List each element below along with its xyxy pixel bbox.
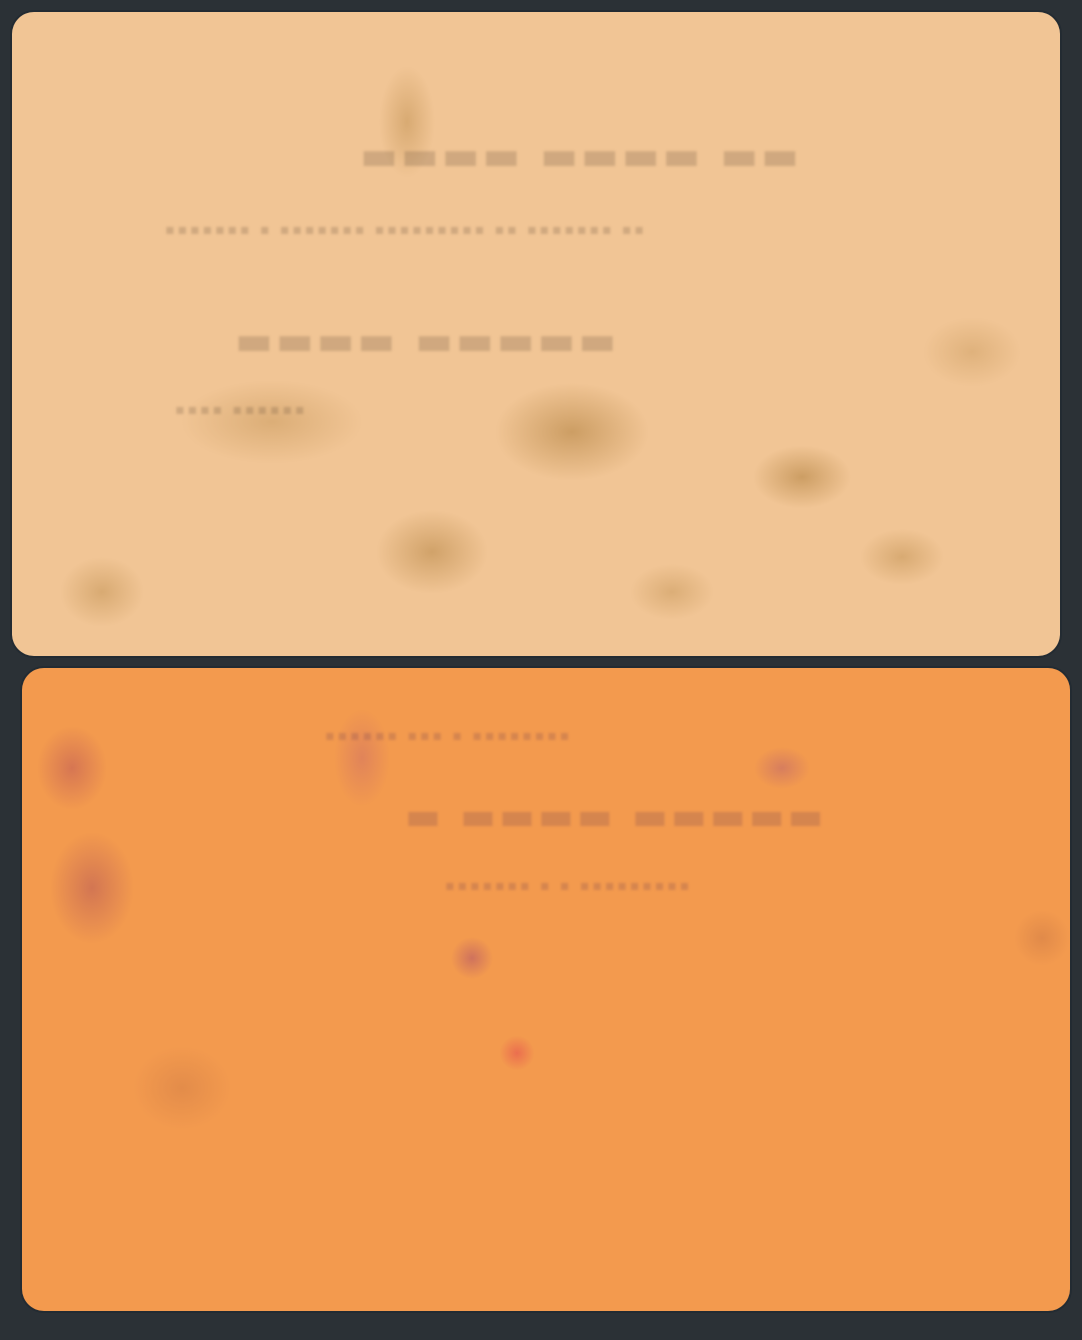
bleed-through-title: ▬▬ ▬▬▬▬ ▬▬▬▬ (357, 132, 799, 179)
bleed-through-line: ▪▪▪▪▪▪▪▪▪ ▪ ▪ ▪▪▪▪▪▪▪ (442, 878, 689, 894)
bleed-through-line: ▪▪▪▪▪▪ ▪▪▪▪ (172, 402, 304, 418)
top-card: ▬▬ ▬▬▬▬ ▬▬▬▬ ▪▪ ▪▪▪▪▪▪▪ ▪▪ ▪▪▪▪▪▪▪▪▪ ▪▪▪… (12, 12, 1060, 656)
bleed-through-value: ▬▬▬▬▬ ▬▬▬▬ (232, 317, 616, 364)
bleed-through-title: ▬▬▬▬▬ ▬▬▬▬ ▬ (402, 793, 824, 838)
bleed-through-line: ▪▪▪▪▪▪▪▪ ▪ ▪▪▪ ▪▪▪▪▪▪ (322, 728, 569, 744)
bottom-card: ▪▪▪▪▪▪▪▪ ▪ ▪▪▪ ▪▪▪▪▪▪ ▬▬▬▬▬ ▬▬▬▬ ▬ ▪▪▪▪▪… (22, 668, 1070, 1311)
bleed-through-line: ▪▪ ▪▪▪▪▪▪▪ ▪▪ ▪▪▪▪▪▪▪▪▪ ▪▪▪▪▪▪▪ ▪ ▪▪▪▪▪▪… (162, 222, 644, 238)
